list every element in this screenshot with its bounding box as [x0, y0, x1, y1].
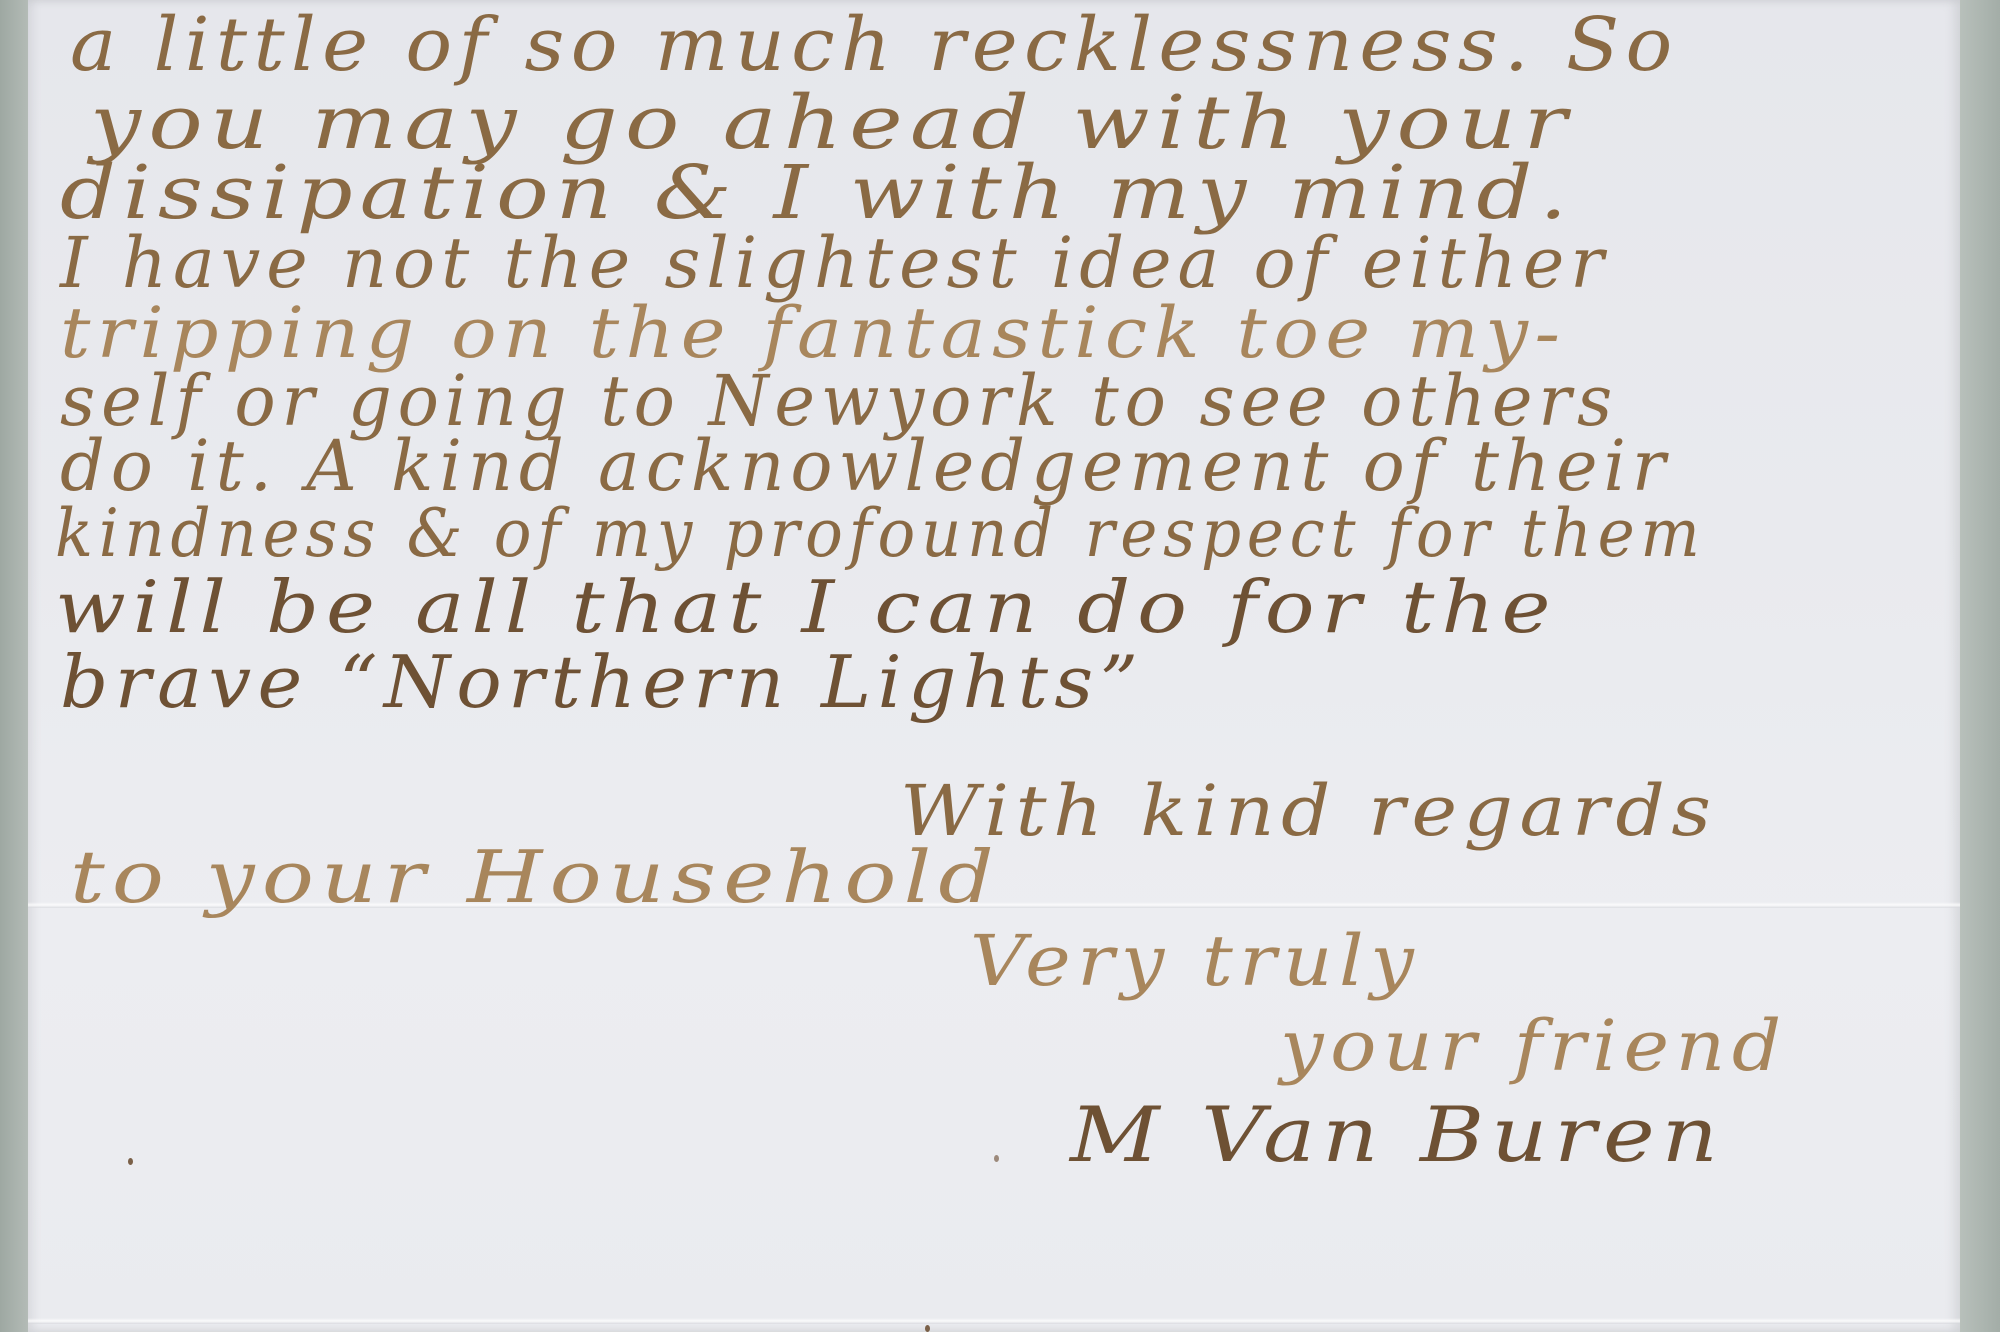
- closing-very-truly: Very truly: [970, 920, 1420, 1002]
- fold-crease: [28, 1318, 1960, 1324]
- closing-household: to your Household: [70, 835, 1001, 919]
- closing-your-friend: your friend: [1280, 1005, 1788, 1087]
- ink-speck: [994, 1155, 999, 1162]
- body-line-8: kindness & of my profound respect for th…: [55, 495, 1706, 572]
- backing-border-right: [1960, 0, 2000, 1332]
- body-line-1: a little of so much recklessness. So: [70, 2, 1679, 88]
- ink-speck: [128, 1158, 133, 1165]
- body-line-10: brave “Northern Lights”: [60, 640, 1144, 724]
- signature: M Van Buren: [1070, 1090, 1725, 1179]
- body-line-9: will be all that I can do for the: [55, 565, 1557, 649]
- backing-border-left: [0, 0, 28, 1332]
- ink-speck: [925, 1325, 930, 1332]
- closing-regards: With kind regards: [900, 770, 1717, 852]
